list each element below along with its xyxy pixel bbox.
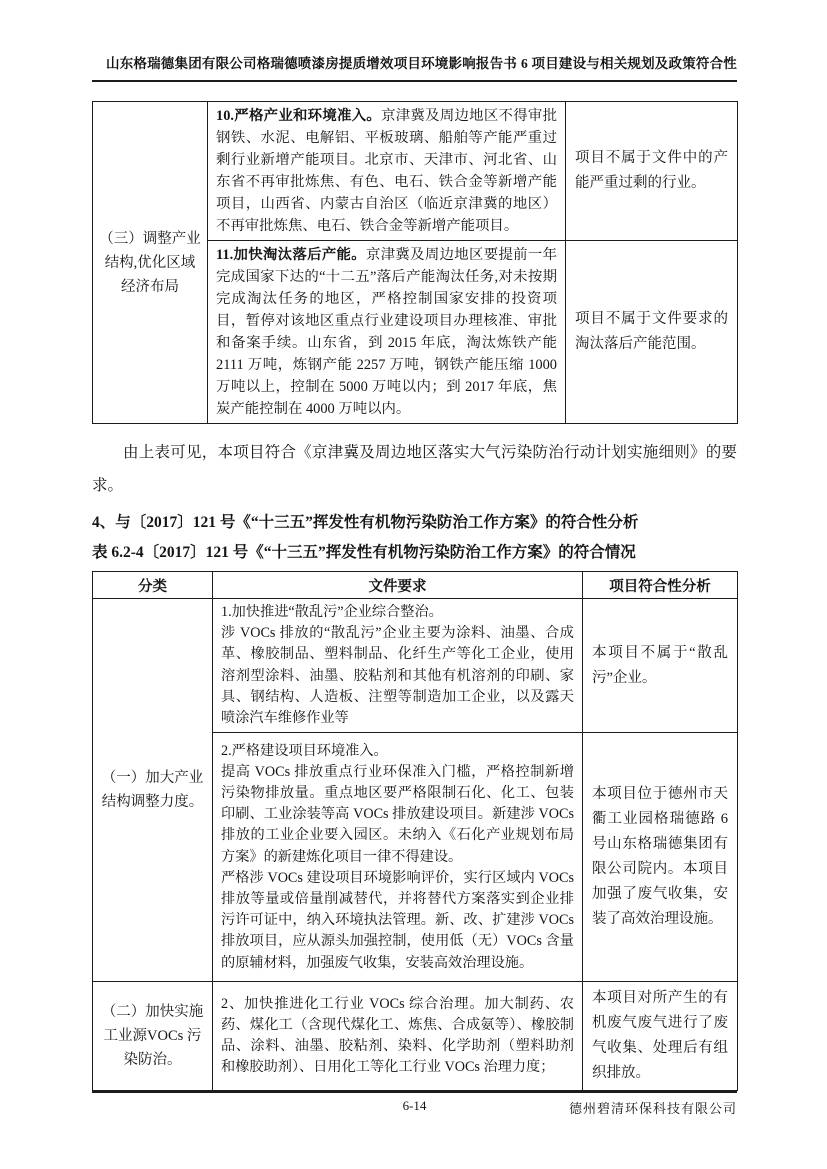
table-header-row: 分类 文件要求 项目符合性分析: [93, 572, 738, 599]
table-caption: 表 6.2-4〔2017〕121 号《“十三五”挥发性有机物污染防治工作方案》的…: [92, 538, 737, 568]
requirement-lead: 11.加快淘汰落后产能。: [216, 247, 366, 263]
requirement-text: 京津冀及周边地区要提前一年完成国家下达的“十二五”落后产能淘汰任务,对未按期完成…: [216, 247, 557, 417]
analysis-cell: 本项目位于德州市天衢工业园格瑞德路 6 号山东格瑞德集团有限公司院内。本项目加强…: [583, 733, 738, 982]
column-header-category: 分类: [93, 572, 213, 599]
requirement-cell: 10.严格产业和环境准入。京津冀及周边地区不得审批钢铁、水泥、电解铝、平板玻璃、…: [208, 102, 566, 241]
requirement-paragraph: 涉 VOCs 排放的“散乱污”企业主要为涂料、油墨、合成革、橡胶制品、塑料制品、…: [221, 623, 574, 729]
section-heading: 4、与〔2017〕121 号《“十三五”挥发性有机物污染防治工作方案》的符合性分…: [92, 508, 737, 538]
document-page: 山东格瑞德集团有限公司格瑞德喷漆房提质增效项目环境影响报告书 6 项目建设与相关…: [0, 0, 827, 1169]
requirement-cell: 1.加快推进“散乱污”企业综合整治。 涉 VOCs 排放的“散乱污”企业主要为涂…: [213, 599, 583, 733]
requirement-paragraph: 1.加快推进“散乱污”企业综合整治。: [221, 602, 574, 623]
header-chapter-title: 6 项目建设与相关规划及政策符合性: [521, 52, 737, 72]
header-report-title: 山东格瑞德集团有限公司格瑞德喷漆房提质增效项目环境影响报告书: [92, 52, 517, 72]
category-cell: （三）调整产业结构,优化区域经济布局: [93, 102, 208, 424]
requirement-paragraph: 2、加快推进化工行业 VOCs 综合治理。加大制药、农药、煤化工（含现代煤化工、…: [221, 994, 574, 1079]
column-header-requirement: 文件要求: [213, 572, 583, 599]
page-number: 6-14: [403, 1098, 427, 1114]
page-header: 山东格瑞德集团有限公司格瑞德喷漆房提质增效项目环境影响报告书 6 项目建设与相关…: [92, 0, 737, 82]
compliance-table-jingjinji: （三）调整产业结构,优化区域经济布局 10.严格产业和环境准入。京津冀及周边地区…: [92, 101, 738, 424]
conclusion-paragraph: 由上表可见，本项目符合《京津冀及周边地区落实大气污染防治行动计划实施细则》的要求…: [92, 436, 737, 502]
requirement-paragraph: 提高 VOCs 排放重点行业环保准入门槛，严格控制新增污染物排放量。重点地区要严…: [221, 762, 574, 868]
compliance-table-vocs: 分类 文件要求 项目符合性分析 （一）加大产业结构调整力度。 1.加快推进“散乱…: [92, 571, 738, 1091]
requirement-paragraph: 严格涉 VOCs 建设项目环境影响评价，实行区域内 VOCs 排放等量或倍量削减…: [221, 868, 574, 974]
analysis-cell: 本项目不属于“散乱污”企业。: [583, 599, 738, 733]
category-cell: （二）加快实施工业源VOCs 污染防治。: [93, 982, 213, 1091]
page-footer: 6-14 德州碧清环保科技有限公司: [92, 1091, 737, 1117]
column-header-analysis: 项目符合性分析: [583, 572, 738, 599]
requirement-cell: 11.加快淘汰落后产能。京津冀及周边地区要提前一年完成国家下达的“十二五”落后产…: [208, 241, 566, 424]
requirement-paragraph: 2.严格建设项目环境准入。: [221, 741, 574, 762]
category-cell: （一）加大产业结构调整力度。: [93, 599, 213, 982]
requirement-text: 京津冀及周边地区不得审批钢铁、水泥、电解铝、平板玻璃、船舶等产能严重过剩行业新增…: [216, 108, 557, 234]
table-row: （一）加大产业结构调整力度。 1.加快推进“散乱污”企业综合整治。 涉 VOCs…: [93, 599, 738, 733]
table-row: （三）调整产业结构,优化区域经济布局 10.严格产业和环境准入。京津冀及周边地区…: [93, 102, 738, 241]
requirement-cell: 2、加快推进化工行业 VOCs 综合治理。加大制药、农药、煤化工（含现代煤化工、…: [213, 982, 583, 1091]
table-row: （二）加快实施工业源VOCs 污染防治。 2、加快推进化工行业 VOCs 综合治…: [93, 982, 738, 1091]
analysis-cell: 项目不属于文件中的产能严重过剩的行业。: [566, 102, 738, 241]
analysis-cell: 项目不属于文件要求的淘汰落后产能范围。: [566, 241, 738, 424]
analysis-cell: 本项目对所产生的有机废气废气进行了废气收集、处理后有组织排放。: [583, 982, 738, 1091]
footer-company-name: 德州碧清环保科技有限公司: [569, 1098, 737, 1117]
requirement-lead: 10.严格产业和环境准入。: [216, 108, 381, 124]
requirement-cell: 2.严格建设项目环境准入。 提高 VOCs 排放重点行业环保准入门槛，严格控制新…: [213, 733, 583, 982]
